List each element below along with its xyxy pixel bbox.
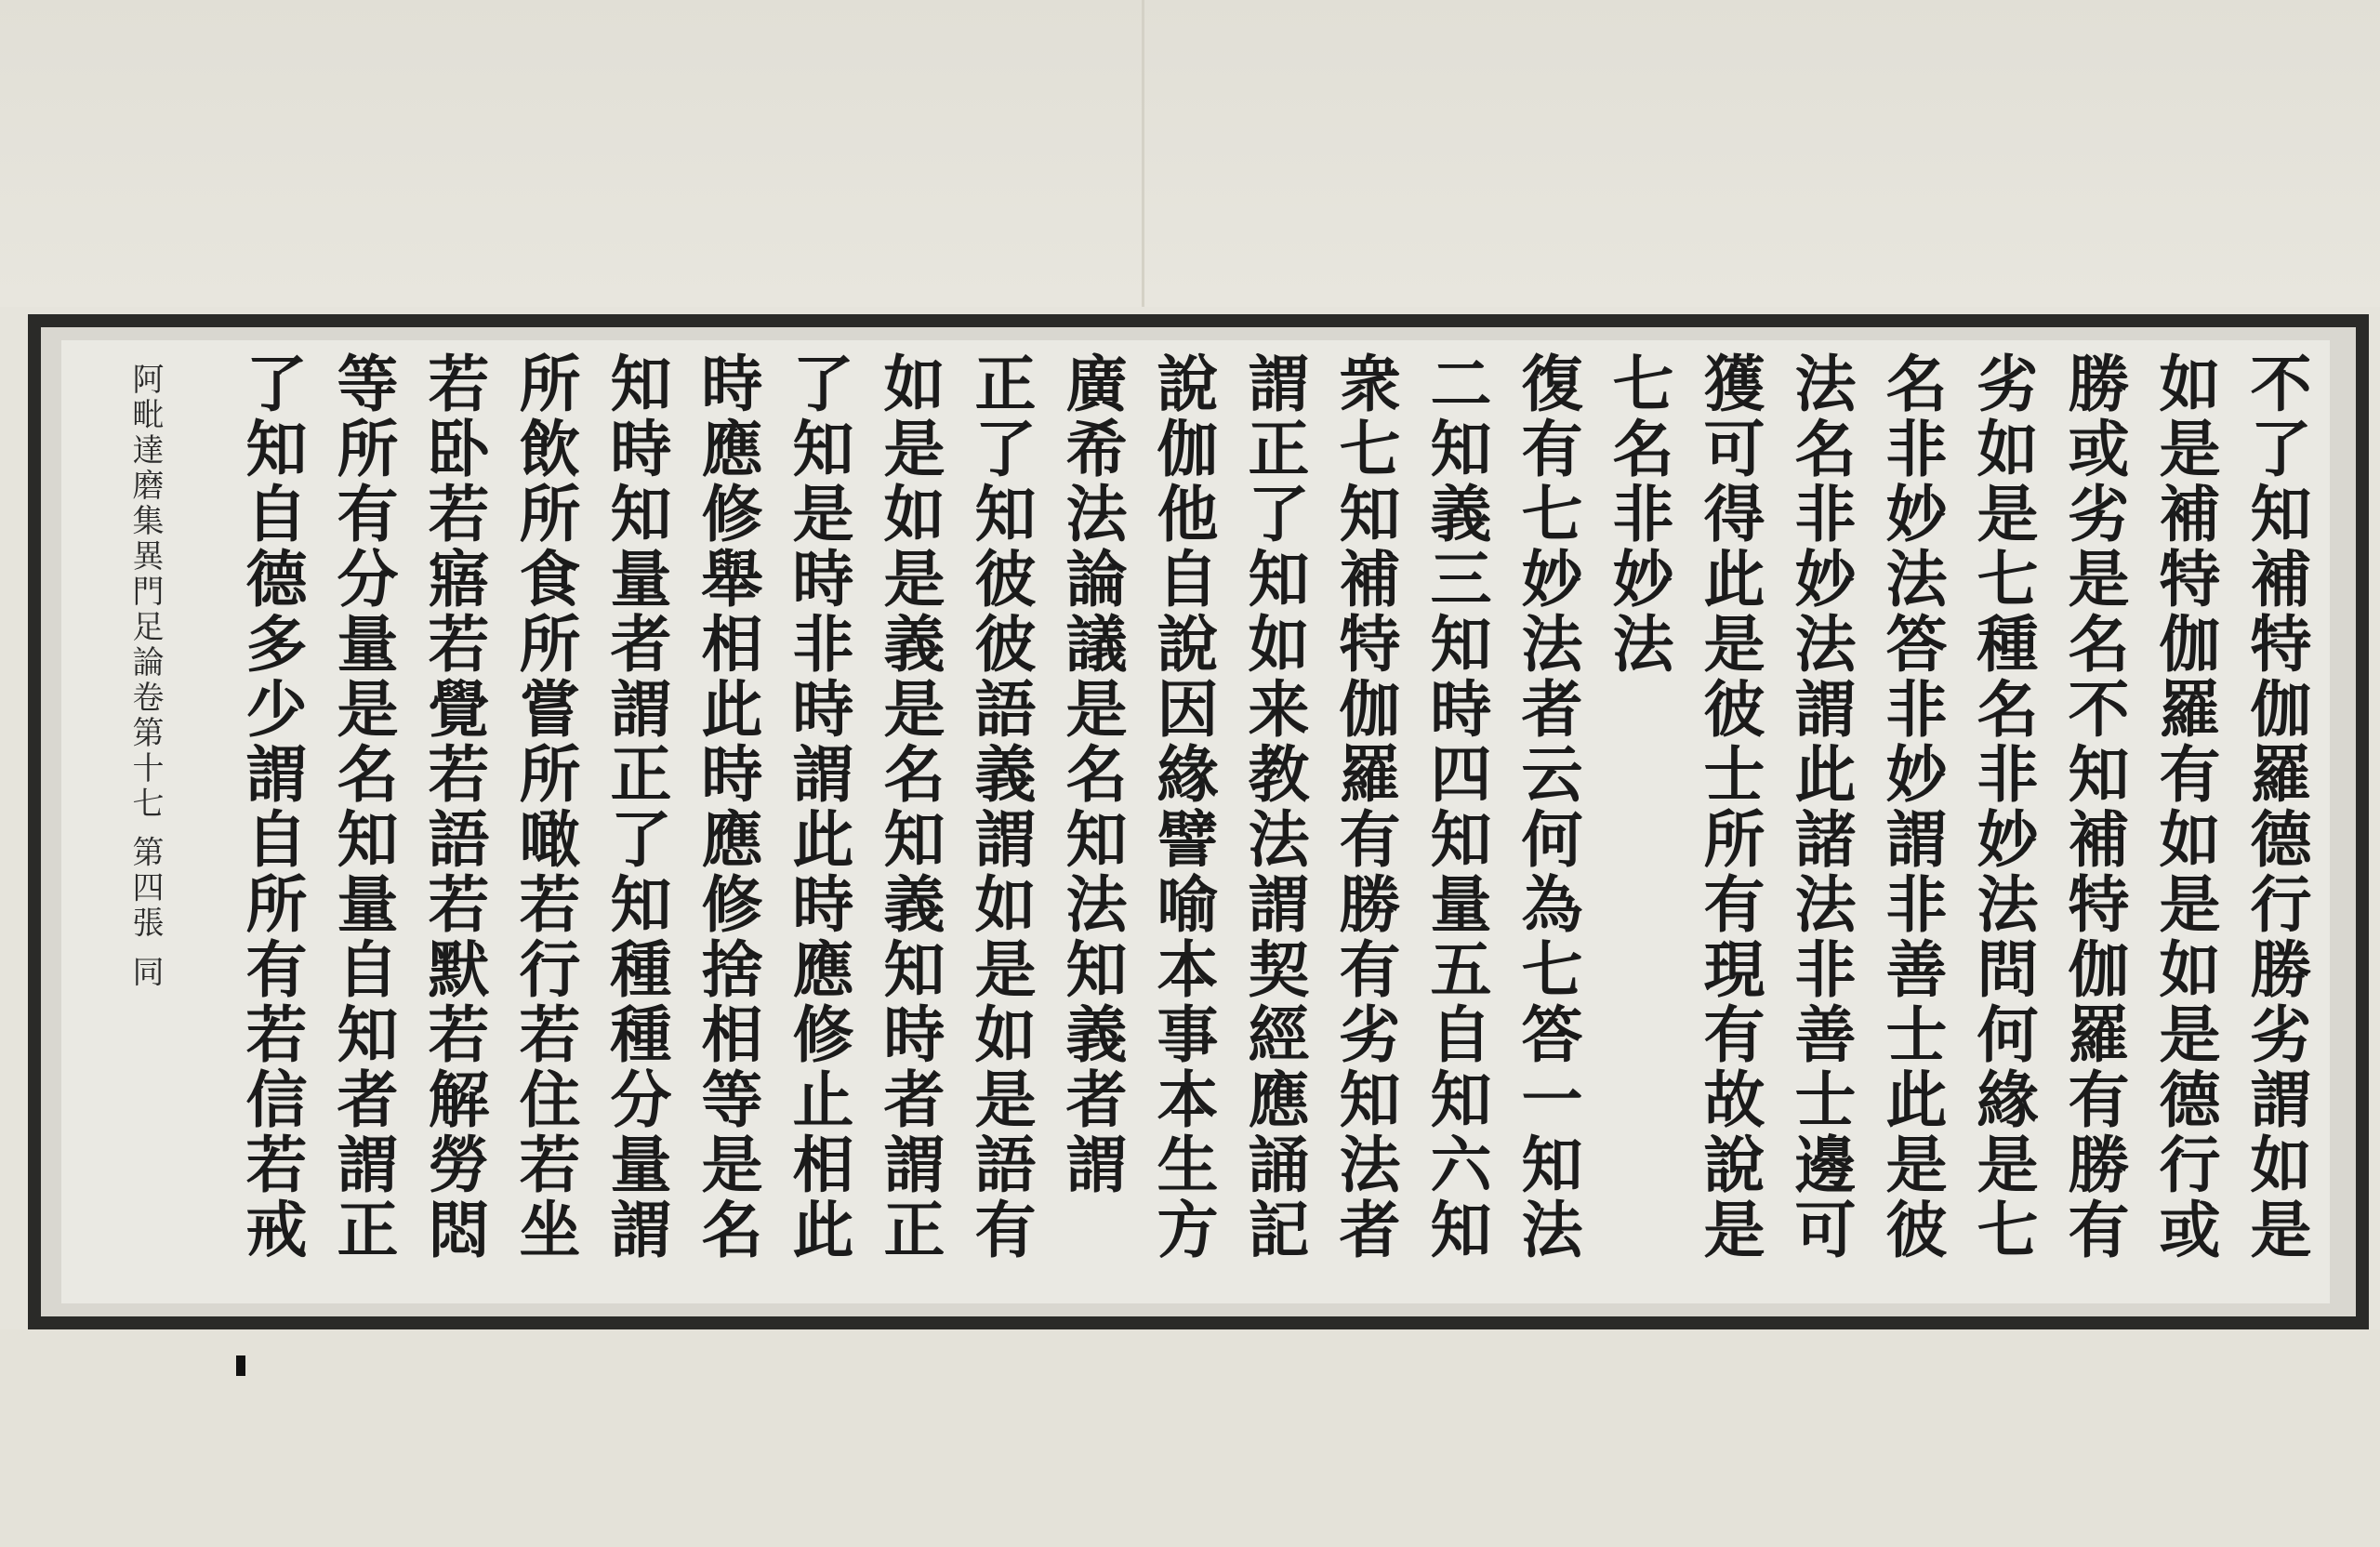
text-column: 七名非妙法 — [1593, 351, 1683, 1294]
ink-mark — [236, 1355, 245, 1376]
text-column: 了知自德多少謂自所有若信若戒 — [227, 351, 316, 1294]
colophon: 阿毗達磨集異門足論卷第十七 第四張 同 — [123, 363, 168, 991]
text-panel: 不了知補特伽羅德行勝劣謂如是 如是補特伽羅有如是如是德行或 勝或劣是名不知補特伽… — [61, 340, 2330, 1303]
lower-page-area — [0, 1329, 2380, 1547]
text-column: 勝或劣是名不知補特伽羅有勝有 — [2049, 351, 2138, 1294]
page-fold — [1142, 0, 1144, 307]
text-column: 時應修舉相此時應修捨相等是名 — [682, 351, 772, 1294]
text-column: 如是如是義是名知義知時者謂正 — [865, 351, 954, 1294]
text-column: 衆七知補特伽羅有勝有劣知法者 — [1320, 351, 1409, 1294]
text-column: 劣如是七種名非妙法問何緣是七 — [1958, 351, 2047, 1294]
upper-page-area — [0, 0, 2380, 307]
printed-block: 不了知補特伽羅德行勝劣謂如是 如是補特伽羅有如是如是德行或 勝或劣是名不知補特伽… — [28, 314, 2369, 1329]
text-column: 名非妙法答非妙謂非善士此是彼 — [1867, 351, 1956, 1294]
text-column: 知時知量者謂正了知種種分量謂 — [591, 351, 681, 1294]
text-column: 復有七妙法者云何為七答一知法 — [1502, 351, 1592, 1294]
text-column: 若卧若寤若覺若語若默若解勞悶 — [409, 351, 498, 1294]
text-column: 正了知彼彼語義謂如是如是語有 — [956, 351, 1045, 1294]
text-column: 等所有分量是名知量自知者謂正 — [318, 351, 407, 1294]
text-columns: 不了知補特伽羅德行勝劣謂如是 如是補特伽羅有如是如是德行或 勝或劣是名不知補特伽… — [227, 351, 2320, 1294]
text-column: 謂正了知如来教法謂契經應誦記 — [1229, 351, 1318, 1294]
text-column: 所飲所食所嘗所噉若行若住若坐 — [500, 351, 589, 1294]
text-column: 說伽他自說因緣譬喻本事本生方 — [1138, 351, 1227, 1294]
text-column: 如是補特伽羅有如是如是德行或 — [2140, 351, 2229, 1294]
text-column: 不了知補特伽羅德行勝劣謂如是 — [2231, 351, 2320, 1294]
text-column: 了知是時非時謂此時應修止相此 — [773, 351, 863, 1294]
text-column: 獲可得此是彼士所有現有故說是 — [1685, 351, 1774, 1294]
text-column: 法名非妙法謂此諸法非善士邊可 — [1776, 351, 1865, 1294]
text-column: 廣希法論議是名知法知義者謂 — [1047, 351, 1136, 1294]
text-column: 二知義三知時四知量五自知六知 — [1411, 351, 1501, 1294]
